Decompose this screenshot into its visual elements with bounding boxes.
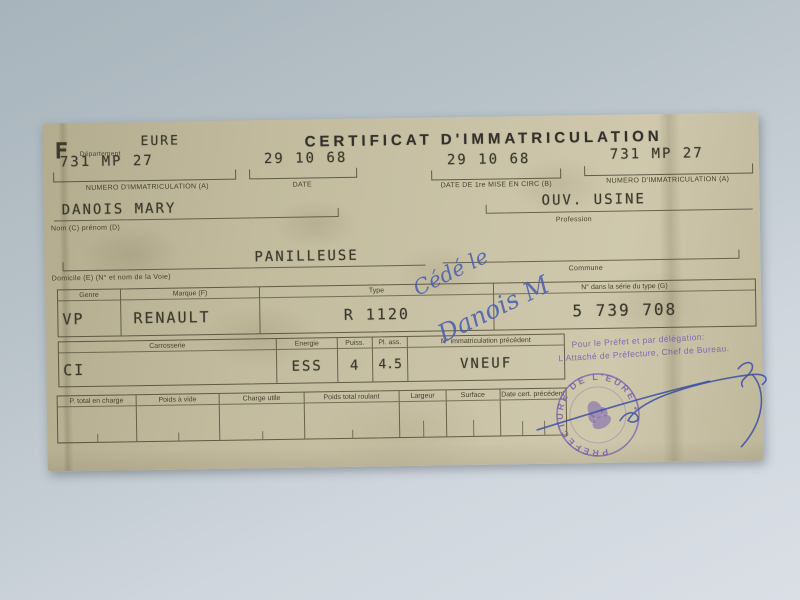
energie-value: ESS [277,349,338,383]
cell-tick [178,433,179,441]
vehicle-table-2: Carrosserie CI Energie ESS Puiss. 4 Pl. … [58,333,566,387]
puissance-value: 4 [338,348,373,382]
places-label: Pl. ass. [373,337,407,349]
date-first-circulation-label: DATE DE 1re MISE EN CIRC (B) [421,180,571,189]
marque-column: Marque (F) RENAULT [121,287,261,335]
bracket [431,169,561,181]
weights-header: Largeur [400,390,446,402]
genre-value: VP [58,300,121,336]
carrosserie-value: CI [59,350,276,386]
cell-tick [97,434,98,442]
departement-value: EURE [140,133,180,149]
places-column: Pl. ass. 4.5 [373,337,409,382]
date-value: 29 10 68 [264,150,348,167]
puissance-column: Puiss. 4 [338,337,374,382]
registration-certificate: F Département EURE 731 MP 27 NUMERO D'IM… [42,112,763,471]
puissance-label: Puiss. [338,337,372,349]
bracket [53,170,236,183]
registration-number-left-label: NUMERO D'IMMATRICULATION (A) [57,183,237,193]
weights-col-6: Surface [446,389,500,436]
places-value: 4.5 [373,348,408,382]
weights-col-1: P. total en charge [58,395,137,442]
cell-tick [262,431,263,439]
genre-column: Genre VP [58,289,122,336]
energie-column: Energie ESS [277,338,339,383]
weights-col-2: Poids à vide [136,394,220,441]
signature-stroke-tail [740,374,762,446]
cell-tick [522,421,523,435]
weights-col-5: Largeur [400,390,447,437]
commune-label: Commune [569,265,603,273]
carrosserie-column: Carrosserie CI [59,339,278,386]
owner-name-label: Nom (C) prénom (D) [51,224,120,232]
date-first-circulation-value: 29 10 68 [447,151,531,168]
bracket [584,163,753,176]
vehicle-table: Genre VP Marque (F) RENAULT Type R 1120 … [57,278,757,337]
photo-background: { "document": { "country_letter": "F", "… [0,0,800,600]
signature-stroke-loops [620,392,675,422]
registration-number-right: 731 MP 27 [610,145,704,162]
domicile-label: Domicile (E) (N° et nom de la Voie) [52,274,171,283]
profession-label: Profession [556,216,592,224]
bracket [249,168,357,180]
registration-number-left: 731 MP 27 [60,153,154,170]
signature-ink [524,350,786,469]
domicile-line [62,257,425,272]
signature-stroke-flourish [674,374,766,392]
weights-table: P. total en charge Poids à vide Charge u… [57,387,568,443]
marque-value: RENAULT [121,298,260,335]
profession-line [486,200,753,213]
weights-col-3: Charge utile [220,393,305,440]
weights-col-4: Poids total roulant [304,391,400,438]
registration-number-right-label: NUMERO D'IMMATRICULATION (A) [584,176,751,186]
cell-tick [352,430,353,438]
date-label: DATE [249,181,355,190]
weights-header: Surface [446,390,499,402]
